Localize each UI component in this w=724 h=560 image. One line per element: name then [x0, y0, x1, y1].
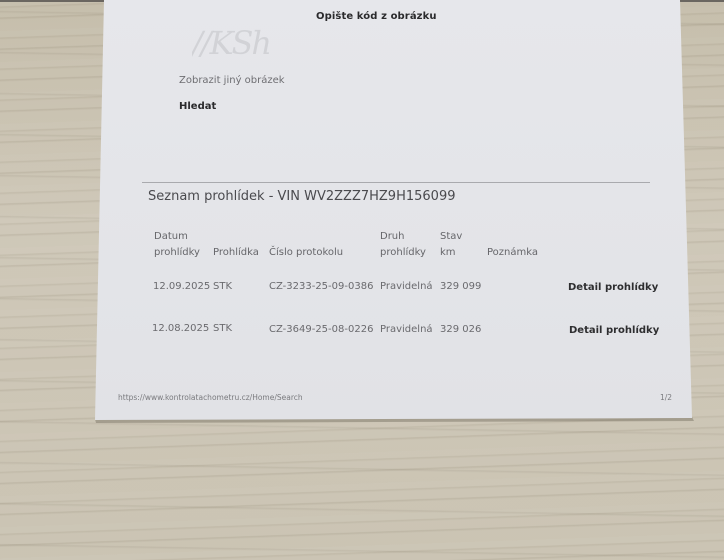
column-header-date-line2: prohlídky [154, 245, 200, 261]
cell-inspection-kind: Pravidelná [380, 281, 433, 292]
cell-odometer: 329 026 [440, 324, 481, 335]
show-another-image-link[interactable]: Zobrazit jiný obrázek [179, 75, 285, 86]
column-header-odometer-line1: Stav [440, 229, 462, 245]
cell-date: 12.09.2025 [153, 281, 210, 292]
column-header-inspection: Prohlídka [213, 245, 259, 261]
cell-protocol-number: CZ-3233-25-09-0386 [269, 281, 373, 292]
cell-inspection-type: STK [213, 281, 232, 292]
cell-protocol-number: CZ-3649-25-08-0226 [269, 324, 373, 335]
cell-odometer: 329 099 [440, 281, 481, 292]
print-footer-url: https://www.kontrolatachometru.cz/Home/S… [118, 393, 303, 402]
inspection-detail-link[interactable]: Detail prohlídky [568, 282, 658, 293]
column-header-odometer: Stav km [440, 229, 462, 261]
column-header-kind-line2: prohlídky [380, 245, 426, 261]
captcha-image: //KSh [192, 22, 292, 64]
print-page-number: 1/2 [660, 393, 672, 402]
column-header-note: Poznámka [487, 245, 538, 261]
page-content: Opište kód z obrázku //KSh Zobrazit jiný… [0, 0, 724, 560]
column-header-odometer-line2: km [440, 245, 462, 261]
cell-inspection-kind: Pravidelná [380, 324, 433, 335]
inspection-detail-link[interactable]: Detail prohlídky [569, 325, 659, 336]
column-header-date: Datum prohlídky [154, 229, 200, 261]
column-header-inspection-kind: Druh prohlídky [380, 229, 426, 261]
column-header-kind-line1: Druh [380, 229, 426, 245]
section-divider [142, 182, 650, 183]
captcha-heading: Opište kód z obrázku [316, 11, 437, 22]
column-header-protocol-number: Číslo protokolu [269, 245, 343, 261]
column-header-date-line1: Datum [154, 229, 200, 245]
cell-date: 12.08.2025 [152, 323, 209, 334]
cell-inspection-type: STK [213, 323, 232, 334]
search-button[interactable]: Hledat [179, 101, 216, 112]
inspections-title: Seznam prohlídek - VIN WV2ZZZ7HZ9H156099 [148, 189, 455, 204]
